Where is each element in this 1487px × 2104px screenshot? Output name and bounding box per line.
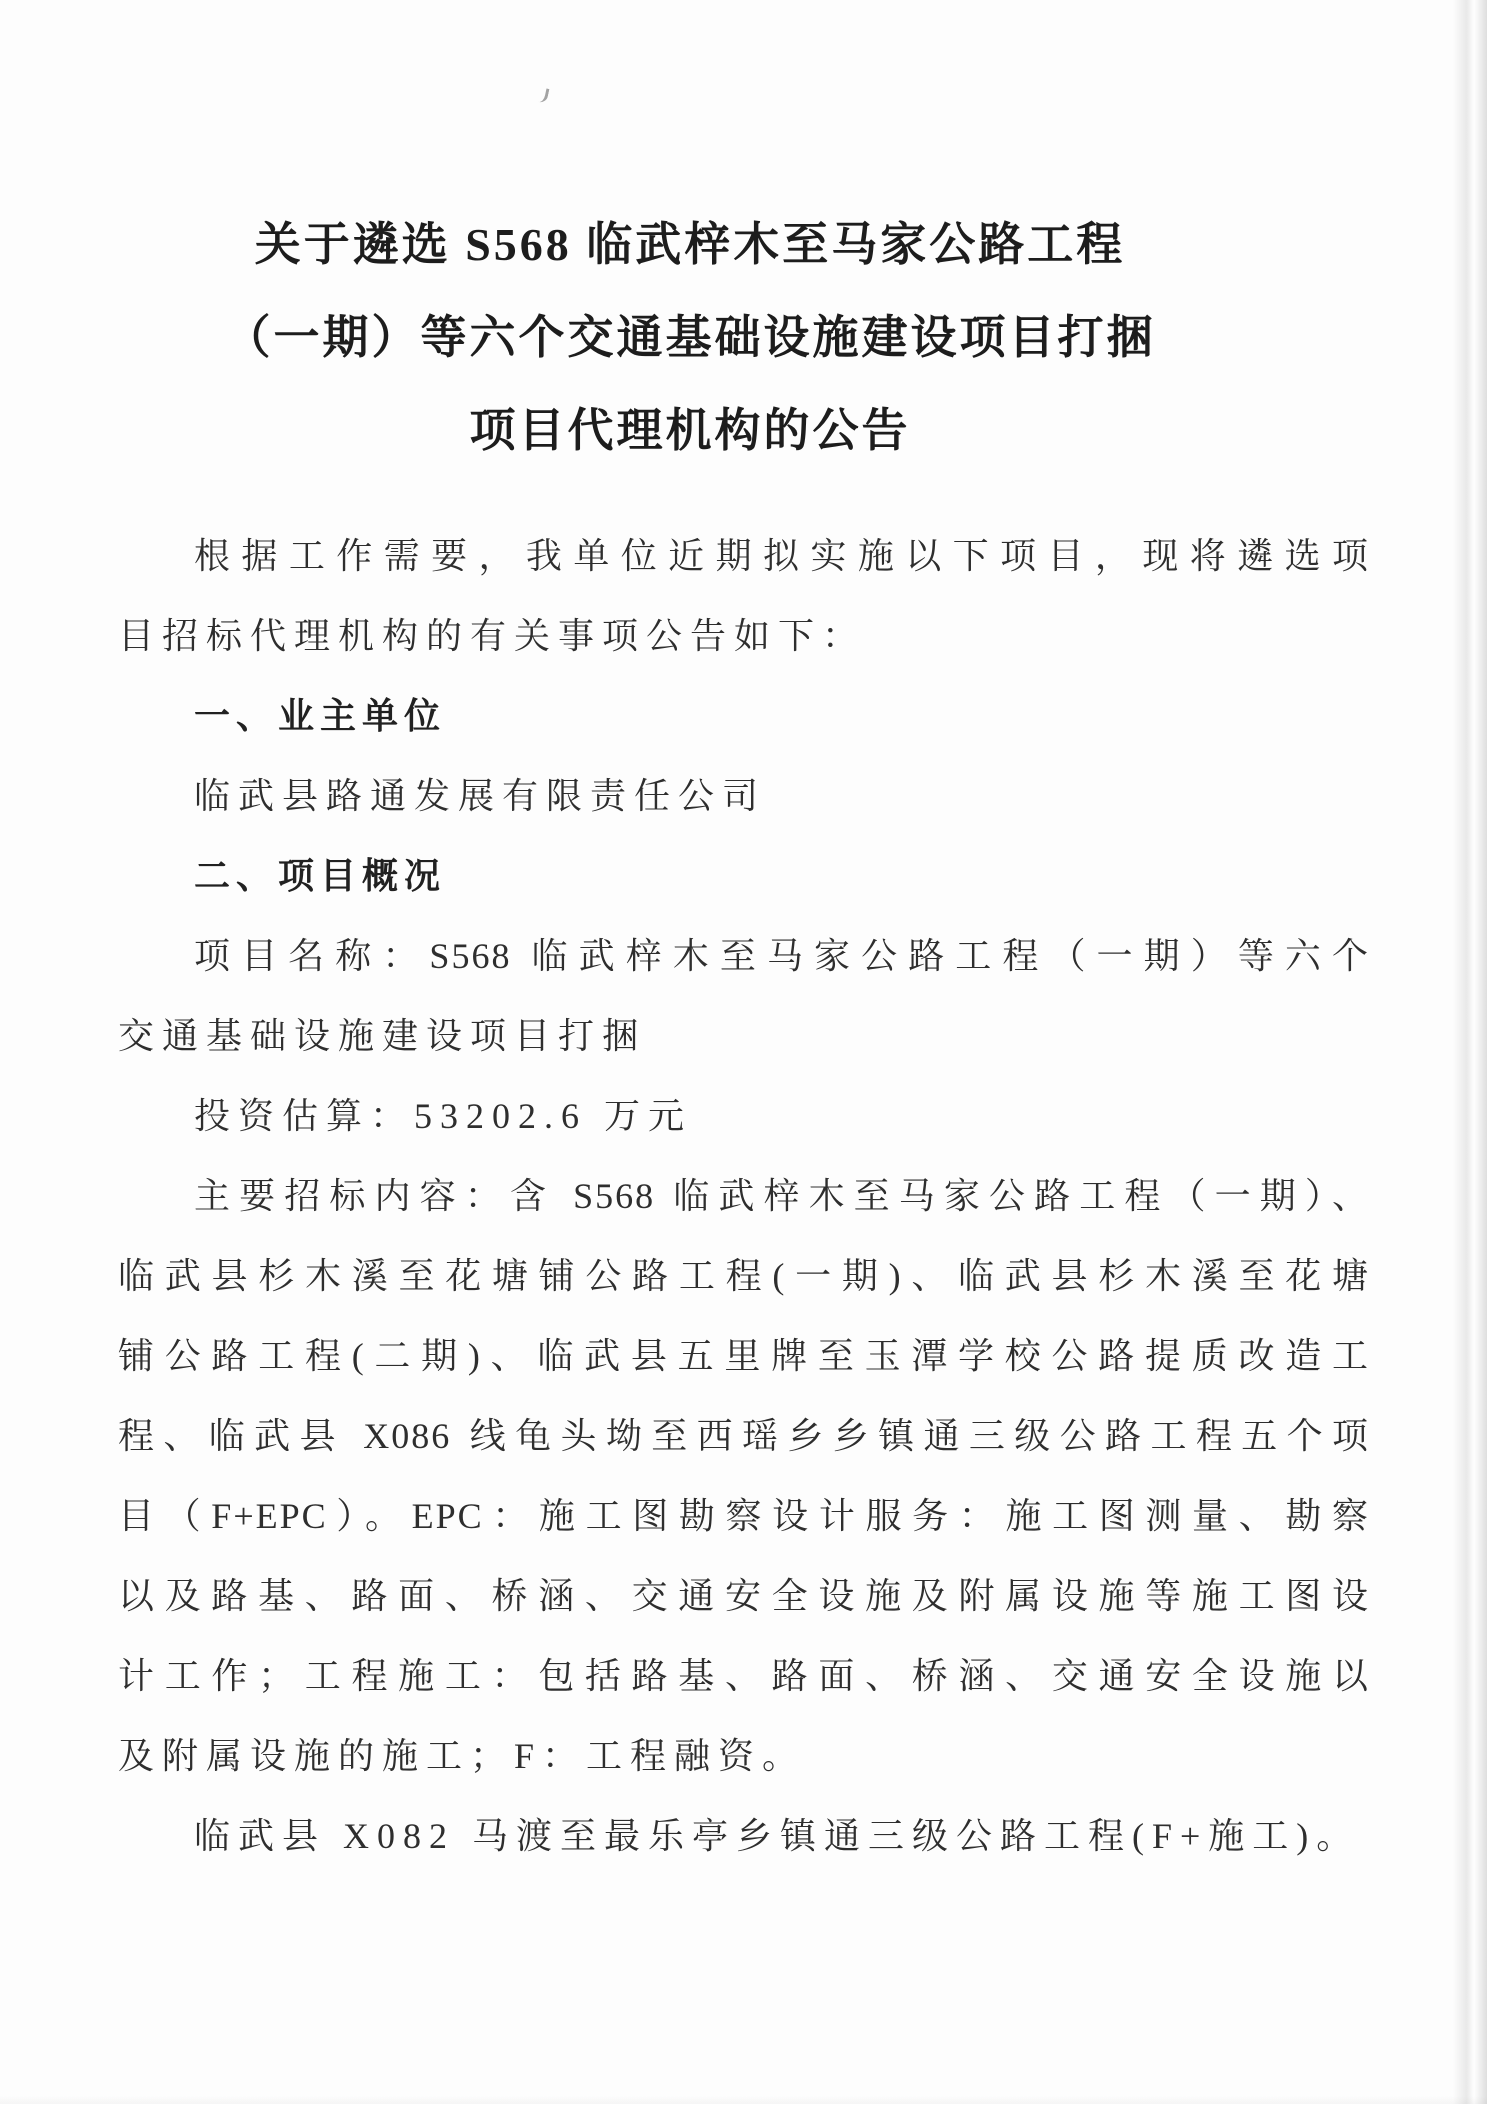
document-title-line: （一期）等六个交通基础设施建设项目打捆 <box>95 291 1285 384</box>
body-line: 临武县 X082 马渡至最乐亭乡镇通三级公路工程(F+施工)。 <box>118 1796 1370 1876</box>
body-line: 主要招标内容：含 S568 临武梓木至马家公路工程（一期）、 <box>118 1156 1370 1236</box>
body-line: 铺公路工程(二期)、临武县五里牌至玉潭学校公路提质改造工 <box>118 1316 1370 1396</box>
body-line: 以及路基、路面、桥涵、交通安全设施及附属设施等施工图设 <box>118 1556 1370 1636</box>
document-title-line: 项目代理机构的公告 <box>95 384 1285 477</box>
document-title: 关于遴选 S568 临武梓木至马家公路工程 （一期）等六个交通基础设施建设项目打… <box>95 198 1285 477</box>
body-line: 根据工作需要，我单位近期拟实施以下项目，现将遴选项 <box>118 516 1370 596</box>
scan-bottom-shadow <box>0 2096 1487 2104</box>
project-name-line: 交通基础设施建设项目打捆 <box>118 996 1370 1076</box>
owner-company-name: 临武县路通发展有限责任公司 <box>118 756 1370 836</box>
body-line: 临武县杉木溪至花塘铺公路工程(一期)、临武县杉木溪至花塘 <box>118 1236 1370 1316</box>
scanned-document-page: 关于遴选 S568 临武梓木至马家公路工程 （一期）等六个交通基础设施建设项目打… <box>0 0 1487 2104</box>
document-body: 根据工作需要，我单位近期拟实施以下项目，现将遴选项 目招标代理机构的有关事项公告… <box>118 516 1370 1876</box>
body-line: 目招标代理机构的有关事项公告如下： <box>118 596 1370 676</box>
investment-estimate-line: 投资估算：53202.6 万元 <box>118 1076 1370 1156</box>
body-line: 及附属设施的施工；F：工程融资。 <box>118 1716 1370 1796</box>
scan-edge-shadow <box>1453 0 1487 2104</box>
body-line: 计工作；工程施工：包括路基、路面、桥涵、交通安全设施以 <box>118 1636 1370 1716</box>
body-line: 目（F+EPC）。EPC：施工图勘察设计服务：施工图测量、勘察 <box>118 1476 1370 1556</box>
scan-artifact <box>539 87 550 103</box>
document-title-line: 关于遴选 S568 临武梓木至马家公路工程 <box>95 198 1285 291</box>
section-heading-overview: 二、项目概况 <box>118 836 1370 916</box>
body-line: 程、临武县 X086 线龟头坳至西瑶乡乡镇通三级公路工程五个项 <box>118 1396 1370 1476</box>
section-heading-owner: 一、业主单位 <box>118 676 1370 756</box>
project-name-line: 项目名称：S568 临武梓木至马家公路工程（一期）等六个 <box>118 916 1370 996</box>
